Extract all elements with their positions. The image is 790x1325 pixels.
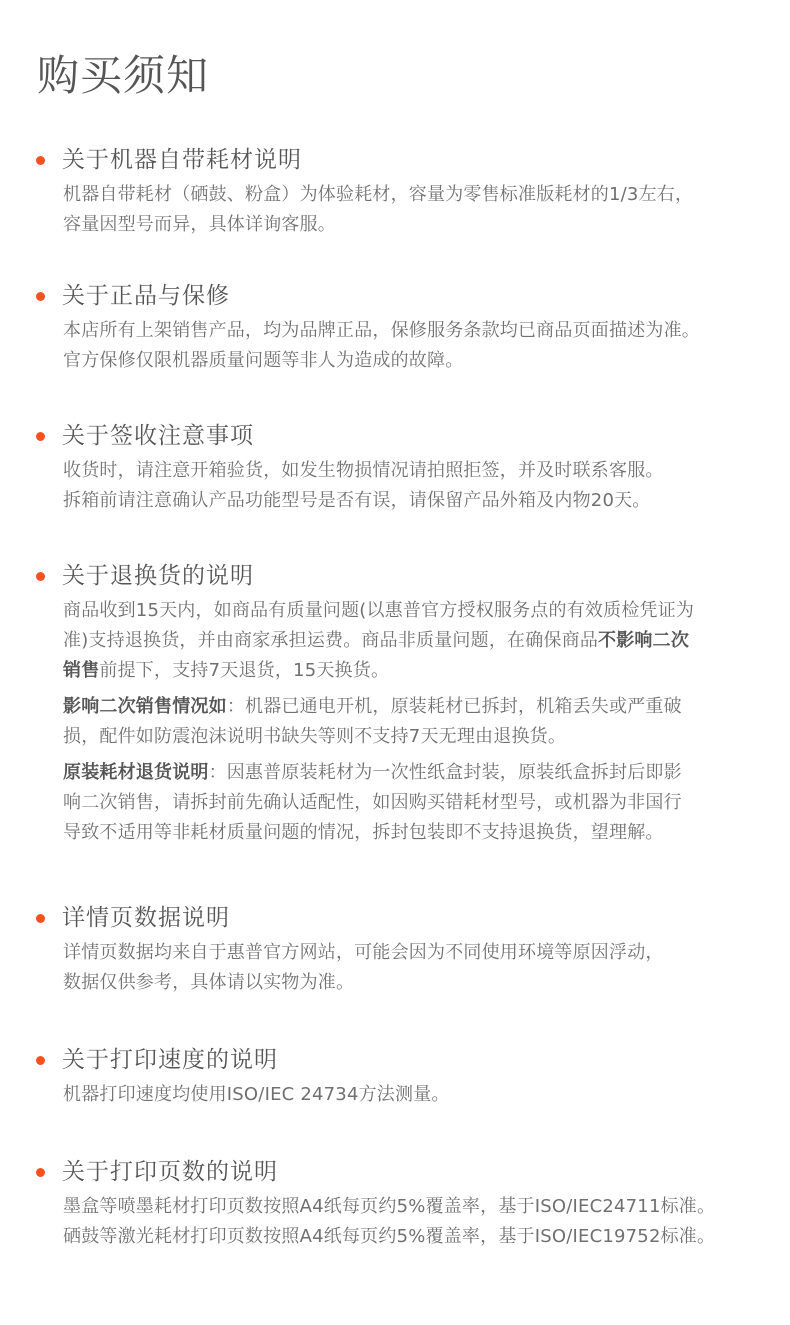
bullet-dot-icon	[36, 292, 45, 301]
body-line: 销售前提下，支持7天退货，15天换货。	[63, 656, 770, 686]
body-line: 收货时，请注意开箱验货，如发生物损情况请拍照拒签，并及时联系客服。	[63, 456, 770, 486]
body-line: 容量因型号而异，具体详询客服。	[63, 210, 770, 240]
bullet-dot-icon	[36, 914, 45, 923]
body-line: 墨盒等喷墨耗材打印页数按照A4纸每页约5%覆盖率，基于ISO/IEC24711标…	[63, 1192, 770, 1222]
section-title: 关于机器自带耗材说明	[62, 144, 302, 176]
section-body: 墨盒等喷墨耗材打印页数按照A4纸每页约5%覆盖率，基于ISO/IEC24711标…	[0, 1192, 790, 1252]
body-line: 数据仅供参考，具体请以实物为准。	[63, 968, 770, 998]
section-body: 收货时，请注意开箱验货，如发生物损情况请拍照拒签，并及时联系客服。 拆箱前请注意…	[0, 456, 790, 516]
section-returns-exchanges: 关于退换货的说明 商品收到15天内，如商品有质量问题(以惠普官方授权服务点的有效…	[0, 560, 790, 848]
body-line: 影响二次销售情况如：机器已通电开机，原装耗材已拆封，机箱丢失或严重破	[63, 692, 770, 722]
section-title: 关于正品与保修	[62, 280, 230, 312]
emphasis-text: 销售	[63, 660, 99, 681]
section-receipt-notes: 关于签收注意事项 收货时，请注意开箱验货，如发生物损情况请拍照拒签，并及时联系客…	[0, 420, 790, 516]
section-title: 关于打印速度的说明	[62, 1044, 278, 1076]
body-line: 导致不适用等非耗材质量问题的情况，拆封包装即不支持退换货，望理解。	[63, 818, 770, 848]
secondary-sale-paragraph: 影响二次销售情况如：机器已通电开机，原装耗材已拆封，机箱丢失或严重破 损，配件如…	[0, 692, 790, 752]
body-line: 硒鼓等激光耗材打印页数按照A4纸每页约5%覆盖率，基于ISO/IEC19752标…	[63, 1222, 770, 1252]
bullet-dot-icon	[36, 1056, 45, 1065]
section-authenticity-warranty: 关于正品与保修 本店所有上架销售产品，均为品牌正品，保修服务条款均已商品页面描述…	[0, 280, 790, 376]
section-title: 详情页数据说明	[62, 902, 230, 934]
bullet-dot-icon	[36, 572, 45, 581]
body-line: 机器打印速度均使用ISO/IEC 24734方法测量。	[63, 1080, 770, 1110]
body-line: 原装耗材退货说明：因惠普原装耗材为一次性纸盒封装，原装纸盒拆封后即影	[63, 758, 770, 788]
bullet-dot-icon	[36, 156, 45, 165]
section-body: 机器自带耗材（硒鼓、粉盒）为体验耗材，容量为零售标准版耗材的1/3左右， 容量因…	[0, 180, 790, 240]
body-line: 拆箱前请注意确认产品功能型号是否有误，请保留产品外箱及内物20天。	[63, 486, 770, 516]
body-line: 机器自带耗材（硒鼓、粉盒）为体验耗材，容量为零售标准版耗材的1/3左右，	[63, 180, 770, 210]
body-line: 损，配件如防震泡沫说明书缺失等则不支持7天无理由退换货。	[63, 722, 770, 752]
returns-policy-paragraph: 商品收到15天内，如商品有质量问题(以惠普官方授权服务点的有效质检凭证为 准)支…	[0, 596, 790, 686]
paragraph-label: 原装耗材退货说明	[63, 762, 209, 783]
body-line: 商品收到15天内，如商品有质量问题(以惠普官方授权服务点的有效质检凭证为	[63, 596, 770, 626]
section-detail-page-data: 详情页数据说明 详情页数据均来自于惠普官方网站，可能会因为不同使用环境等原因浮动…	[0, 902, 790, 998]
section-title: 关于退换货的说明	[62, 560, 254, 592]
section-print-yield: 关于打印页数的说明 墨盒等喷墨耗材打印页数按照A4纸每页约5%覆盖率，基于ISO…	[0, 1156, 790, 1252]
section-body: 本店所有上架销售产品，均为品牌正品，保修服务条款均已商品页面描述为准。 官方保修…	[0, 316, 790, 376]
bullet-dot-icon	[36, 432, 45, 441]
section-print-speed: 关于打印速度的说明 机器打印速度均使用ISO/IEC 24734方法测量。	[0, 1044, 790, 1110]
body-line: 响二次销售，请拆封前先确认适配性，如因购买错耗材型号，或机器为非国行	[63, 788, 770, 818]
section-body: 详情页数据均来自于惠普官方网站，可能会因为不同使用环境等原因浮动， 数据仅供参考…	[0, 938, 790, 998]
body-line: 详情页数据均来自于惠普官方网站，可能会因为不同使用环境等原因浮动，	[63, 938, 770, 968]
consumables-return-paragraph: 原装耗材退货说明：因惠普原装耗材为一次性纸盒封装，原装纸盒拆封后即影 响二次销售…	[0, 758, 790, 848]
section-body: 机器打印速度均使用ISO/IEC 24734方法测量。	[0, 1080, 790, 1110]
section-bundled-consumables: 关于机器自带耗材说明 机器自带耗材（硒鼓、粉盒）为体验耗材，容量为零售标准版耗材…	[0, 144, 790, 240]
paragraph-label: 影响二次销售情况如	[63, 696, 227, 717]
emphasis-text: 不影响二次	[598, 630, 689, 651]
body-line: 准)支持退换货，并由商家承担运费。商品非质量问题，在确保商品不影响二次	[63, 626, 770, 656]
body-line: 本店所有上架销售产品，均为品牌正品，保修服务条款均已商品页面描述为准。	[63, 316, 770, 346]
section-title: 关于打印页数的说明	[62, 1156, 278, 1188]
page-title: 购买须知	[37, 48, 209, 104]
body-line: 官方保修仅限机器质量问题等非人为造成的故障。	[63, 346, 770, 376]
section-title: 关于签收注意事项	[62, 420, 254, 452]
bullet-dot-icon	[36, 1168, 45, 1177]
